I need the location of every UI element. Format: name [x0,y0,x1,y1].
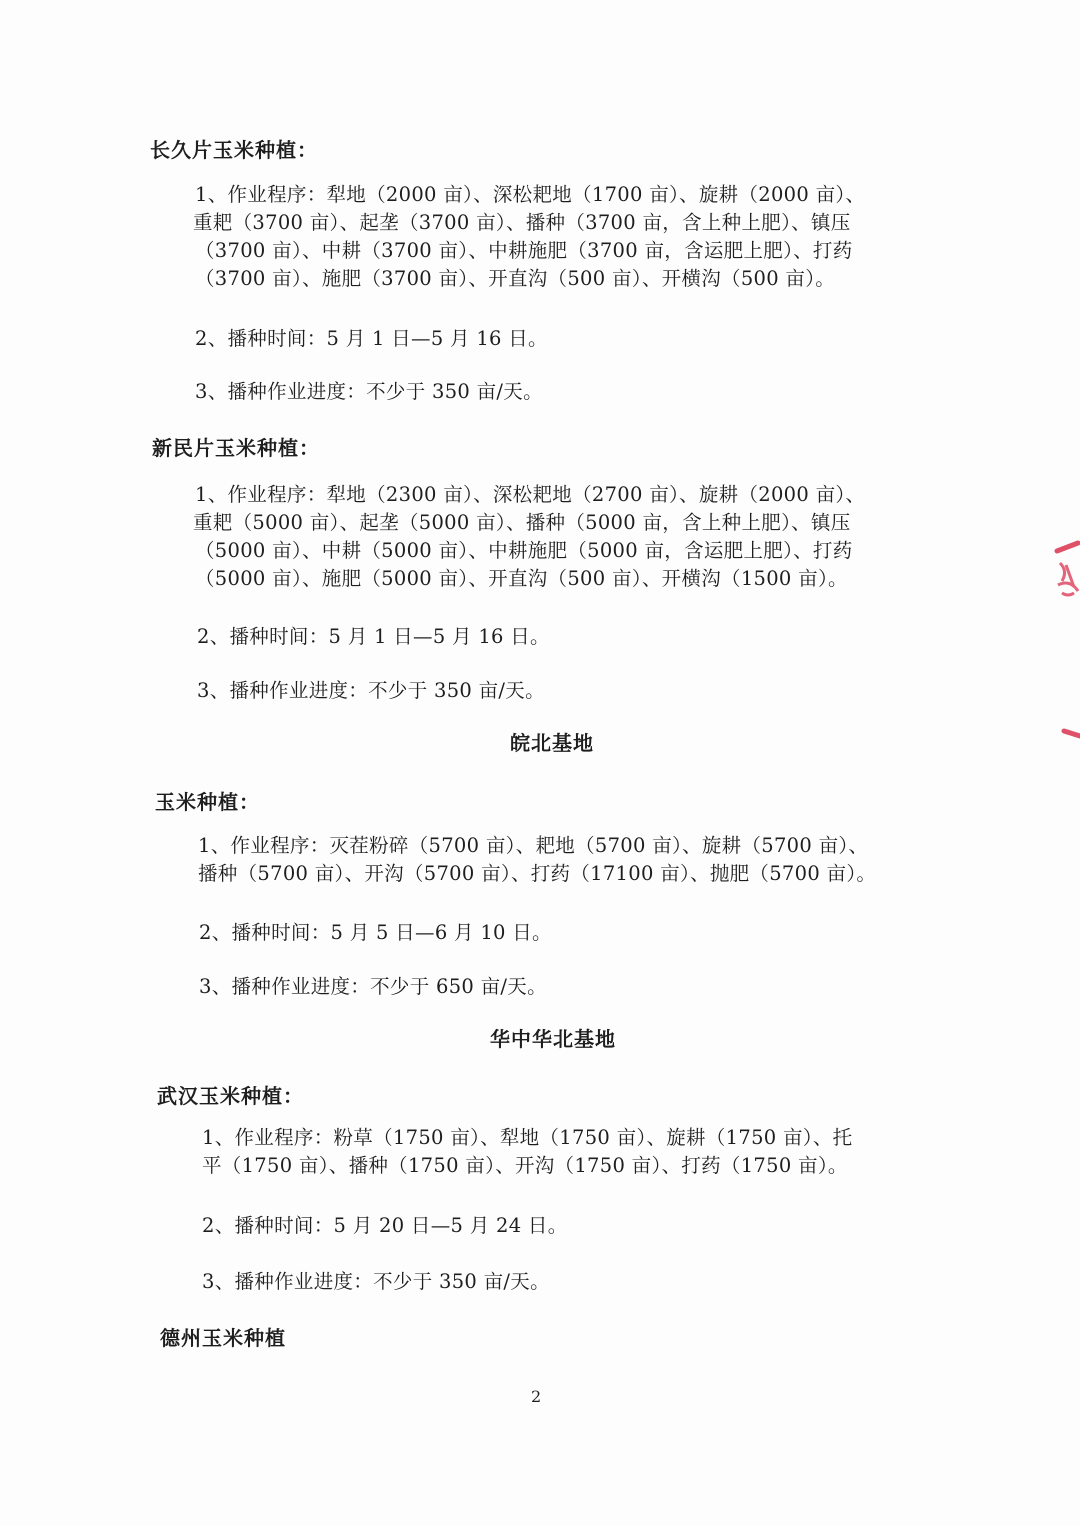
red-seal-stamp-icon [1040,535,1080,750]
section-title-wanbei: 玉米种植： [155,786,260,815]
procedure-line: 重耙（5000 亩）、起垄（5000 亩）、播种（5000 亩，含上种上肥）、镇… [193,509,865,537]
sowing-time-xinmin: 2、播种时间：5 月 1 日—5 月 16 日。 [197,621,550,649]
procedure-wuhan: 1、作业程序：粉草（1750 亩）、犁地（1750 亩）、旋耕（1750 亩）、… [202,1124,852,1180]
procedure-line: 平（1750 亩）、播种（1750 亩）、开沟（1750 亩）、打药（1750 … [202,1152,852,1180]
procedure-wanbei: 1、作业程序：灭茬粉碎（5700 亩）、耙地（5700 亩）、旋耕（5700 亩… [198,832,876,888]
sowing-progress-xinmin: 3、播种作业进度：不少于 350 亩/天。 [197,675,545,703]
procedure-line: 1、作业程序：灭茬粉碎（5700 亩）、耙地（5700 亩）、旋耕（5700 亩… [198,832,876,860]
procedure-line: （5000 亩）、中耕（5000 亩）、中耕施肥（5000 亩，含运肥上肥）、打… [195,537,865,565]
base-title-wanbei: 皖北基地 [510,727,594,756]
procedure-line: 播种（5700 亩）、开沟（5700 亩）、打药（17100 亩）、抛肥（570… [198,860,876,888]
section-title-changjiu: 长久片玉米种植： [150,134,318,163]
procedure-line: （3700 亩）、中耕（3700 亩）、中耕施肥（3700 亩，含运肥上肥）、打… [195,237,865,265]
procedure-line: （3700 亩）、施肥（3700 亩）、开直沟（500 亩）、开横沟（500 亩… [195,265,865,293]
document-page: 长久片玉米种植： 1、作业程序：犁地（2000 亩）、深松耙地（1700 亩）、… [0,0,1080,1526]
sowing-time-wanbei: 2、播种时间：5 月 5 日—6 月 10 日。 [199,917,552,945]
sowing-time-wuhan: 2、播种时间：5 月 20 日—5 月 24 日。 [202,1210,568,1238]
procedure-line: 1、作业程序：犁地（2300 亩）、深松耙地（2700 亩）、旋耕（2000 亩… [195,481,865,509]
page-number: 2 [531,1387,541,1406]
base-title-huazhong: 华中华北基地 [490,1023,616,1052]
procedure-line: 重耙（3700 亩）、起垄（3700 亩）、播种（3700 亩，含上种上肥）、镇… [193,209,865,237]
sowing-time-changjiu: 2、播种时间：5 月 1 日—5 月 16 日。 [195,323,548,351]
procedure-line: （5000 亩）、施肥（5000 亩）、开直沟（500 亩）、开横沟（1500 … [195,565,865,593]
sowing-progress-wanbei: 3、播种作业进度：不少于 650 亩/天。 [199,971,547,999]
section-title-wuhan: 武汉玉米种植： [157,1080,304,1109]
procedure-line: 1、作业程序：粉草（1750 亩）、犁地（1750 亩）、旋耕（1750 亩）、… [202,1124,852,1152]
procedure-changjiu: 1、作业程序：犁地（2000 亩）、深松耙地（1700 亩）、旋耕（2000 亩… [195,181,865,293]
sowing-progress-changjiu: 3、播种作业进度：不少于 350 亩/天。 [195,376,543,404]
procedure-line: 1、作业程序：犁地（2000 亩）、深松耙地（1700 亩）、旋耕（2000 亩… [195,181,865,209]
sowing-progress-wuhan: 3、播种作业进度：不少于 350 亩/天。 [202,1266,550,1294]
section-title-dezhou: 德州玉米种植 [160,1322,286,1351]
section-title-xinmin: 新民片玉米种植： [152,432,320,461]
procedure-xinmin: 1、作业程序：犁地（2300 亩）、深松耙地（2700 亩）、旋耕（2000 亩… [195,481,865,593]
